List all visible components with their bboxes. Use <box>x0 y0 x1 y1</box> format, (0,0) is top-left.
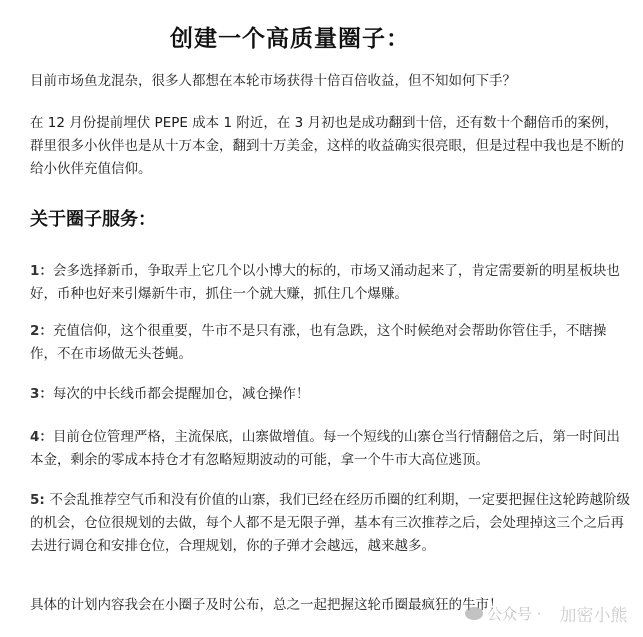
service-item-4: 4：目前仓位管理严格，主流保底，山寨做增值。每一个短线的山寨仓当行情翻倍之后，第… <box>30 426 630 472</box>
service-item-5: 5: 不会乱推荐空气币和没有价值的山寨，我们已经在经历币圈的红利期，一定要把握住… <box>30 489 630 558</box>
service-number: 3： <box>30 386 53 402</box>
wechat-icon <box>465 607 483 620</box>
watermark-name: 加密小熊 <box>560 601 628 626</box>
page-title: 创建一个高质量圈子： <box>170 20 410 53</box>
service-text: 每次的中长线币都会提醒加仓，减仓操作！ <box>53 386 310 402</box>
service-text: 充值信仰，这个很重要，牛市不是只有涨，也有急跌，这个时候绝对会帮助你管住手，不瞎… <box>30 323 606 362</box>
story-paragraph: 在 12 月份提前埋伏 PEPE 成本 1 附近，在 3 月初也是成功翻到十倍，… <box>30 112 630 181</box>
service-number: 2： <box>30 323 53 339</box>
watermark-prefix: 公众号 · <box>487 603 542 624</box>
service-item-2: 2：充值信仰，这个很重要，牛市不是只有涨，也有急跌，这个时候绝对会帮助你管住手，… <box>30 320 630 366</box>
service-item-1: 1：会多选择新币，争取弄上它几个以小博大的标的，市场又涌动起来了，肯定需要新的明… <box>30 260 630 306</box>
service-number: 1： <box>30 263 53 279</box>
service-text: 会多选择新币，争取弄上它几个以小博大的标的，市场又涌动起来了，肯定需要新的明星板… <box>30 263 620 302</box>
service-text: 目前仓位管理严格，主流保底，山寨做增值。每一个短线的山寨仓当行情翻倍之后，第一时… <box>30 429 620 468</box>
services-heading: 关于圈子服务： <box>30 205 156 231</box>
service-number: 5: <box>30 492 50 508</box>
service-text: 不会乱推荐空气币和没有价值的山寨，我们已经在经历币圈的红利期，一定要把握住这轮跨… <box>30 492 630 554</box>
service-number: 4： <box>30 429 53 445</box>
service-item-3: 3：每次的中长线币都会提醒加仓，减仓操作！ <box>30 383 630 406</box>
intro-paragraph: 目前市场鱼龙混杂，很多人都想在本轮市场获得十倍百倍收益，但不知如何下手？ <box>30 70 630 93</box>
watermark: 公众号 · 加密小熊 <box>465 601 628 626</box>
